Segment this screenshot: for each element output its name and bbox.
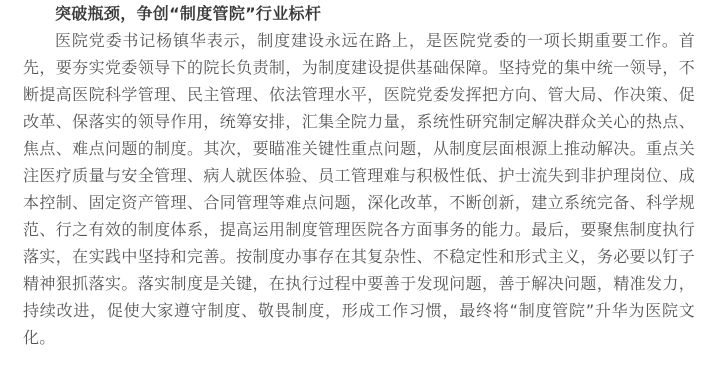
section-heading: 突破瓶颈，争创“制度管院”行业标杆	[23, 0, 695, 27]
body-paragraph: 医院党委书记杨镇华表示，制度建设永远在路上，是医院党委的一项长期重要工作。首先，…	[23, 27, 695, 351]
article: 突破瓶颈，争创“制度管院”行业标杆 医院党委书记杨镇华表示，制度建设永远在路上，…	[23, 0, 695, 351]
